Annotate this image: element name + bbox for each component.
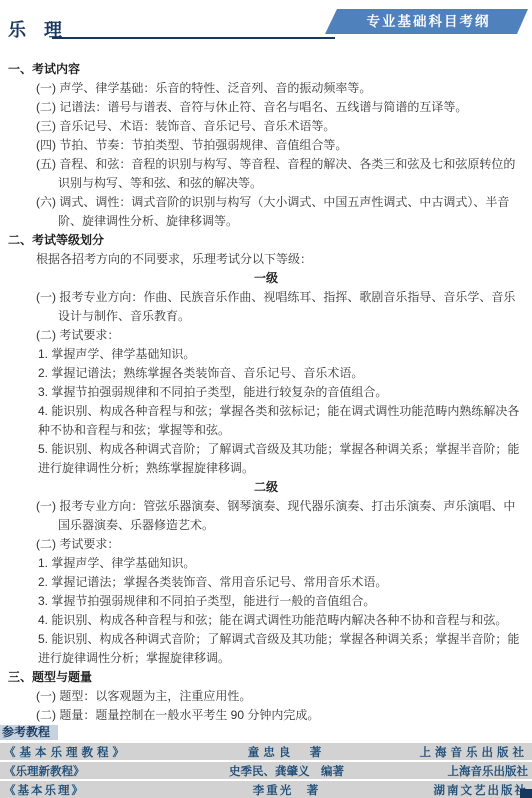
exam-content-item: (六) 调式、调性：调式音阶的识别与构写（大小调式、中国五声性调式、中古调式）、… [8,193,524,231]
level2-requirement: 2. 掌握记谱法；掌握各类装饰音、常用音乐记号、常用音乐术语。 [8,573,524,592]
section-heading-question-info: 三、题型与题量 [8,668,524,687]
section-banner: 专业基础科目考纲 [325,9,528,34]
exam-content-item: (五) 音程、和弦：音程的识别与构写、等音程、音程的解决、各类三和弦及七和弦原转… [8,155,524,193]
book-title: 《乐理新教程》 [0,763,199,779]
exam-content-item: (四) 节拍、节奏：节拍类型、节拍强弱规律、音值组合等。 [8,136,524,155]
level1-title: 一级 [8,269,524,288]
level1-requirement: 4. 能识别、构成各种音程与和弦；掌握各类和弦标记；能在调式调性功能范畴内熟练解… [8,402,524,440]
level2-requirement: 1. 掌握声学、律学基础知识。 [8,554,524,573]
reference-books-label: 参考教程 [0,725,58,740]
level2-requirement: 3. 掌握节拍强弱规律和不同拍子类型，能进行一般的音值组合。 [8,592,524,611]
book-publisher: 上海音乐出版社 [374,763,532,779]
reference-book-row: 《基本乐理》 李重光 著 湖南文艺出版社 [0,781,532,798]
exam-content-item: (二) 记谱法：谱号与谱表、音符与休止符、音名与唱名、五线谱与简谱的互译等。 [8,98,524,117]
level1-requirements-label: (二) 考试要求： [8,326,524,345]
page-header: 乐 理 专业基础科目考纲 [0,0,532,56]
section-heading-exam-content: 一、考试内容 [8,60,524,79]
level1-requirement: 5. 能识别、构成各种调式音阶；了解调式音级及其功能；掌握各种调关系；掌握半音阶… [8,440,524,478]
book-publisher: 湖南文艺出版社 [374,782,532,798]
question-info-item: (一) 题型：以客观题为主，注重应用性。 [8,687,524,706]
document-body: 一、考试内容 (一) 声学、律学基础：乐音的特性、泛音列、音的振动频率等。 (二… [0,56,532,725]
level2-title: 二级 [8,478,524,497]
exam-content-item: (一) 声学、律学基础：乐音的特性、泛音列、音的振动频率等。 [8,79,524,98]
exam-levels-intro: 根据各招考方向的不同要求，乐理考试分以下等级： [8,250,524,269]
title-underline-rule [52,37,335,39]
level2-requirements-label: (二) 考试要求： [8,535,524,554]
section-heading-exam-levels: 二、考试等级划分 [8,231,524,250]
book-author: 史季民、龚肇义 编著 [199,763,374,779]
level2-direction: (一) 报考专业方向：管弦乐器演奏、钢琴演奏、现代器乐演奏、打击乐演奏、声乐演唱… [8,497,524,535]
section-banner-label: 专业基础科目考纲 [325,9,528,34]
level1-requirement: 3. 掌握节拍强弱规律和不同拍子类型，能进行较复杂的音值组合。 [8,383,524,402]
book-title: 《基本乐理教程》 [0,744,199,760]
level1-requirement: 2. 掌握记谱法；熟练掌握各类装饰音、音乐记号、音乐术语。 [8,364,524,383]
reference-book-row: 《基本乐理教程》 童忠良 著 上海音乐出版社 [0,743,532,760]
level2-requirement: 4. 能识别、构成各种音程与和弦；能在调式调性功能范畴内解决各种不协和音程与和弦… [8,611,524,630]
book-publisher: 上海音乐出版社 [374,744,532,760]
book-author: 李重光 著 [199,782,374,798]
page-corner-mark [520,789,532,798]
reference-book-row: 《乐理新教程》 史季民、龚肇义 编著 上海音乐出版社 [0,762,532,779]
level1-requirement: 1. 掌握声学、律学基础知识。 [8,345,524,364]
book-author: 童忠良 著 [199,744,374,760]
exam-content-item: (三) 音乐记号、术语：装饰音、音乐记号、音乐术语等。 [8,117,524,136]
level1-direction: (一) 报考专业方向：作曲、民族音乐作曲、视唱练耳、指挥、歌剧音乐指导、音乐学、… [8,288,524,326]
reference-books-section: 参考教程 《基本乐理教程》 童忠良 著 上海音乐出版社 《乐理新教程》 史季民、… [0,723,532,798]
book-title: 《基本乐理》 [0,782,199,798]
level2-requirement: 5. 能识别、构成各种调式音阶；了解调式音级及其功能；掌握各种调关系；掌握半音阶… [8,630,524,668]
document-page: 乐 理 专业基础科目考纲 一、考试内容 (一) 声学、律学基础：乐音的特性、泛音… [0,0,532,798]
